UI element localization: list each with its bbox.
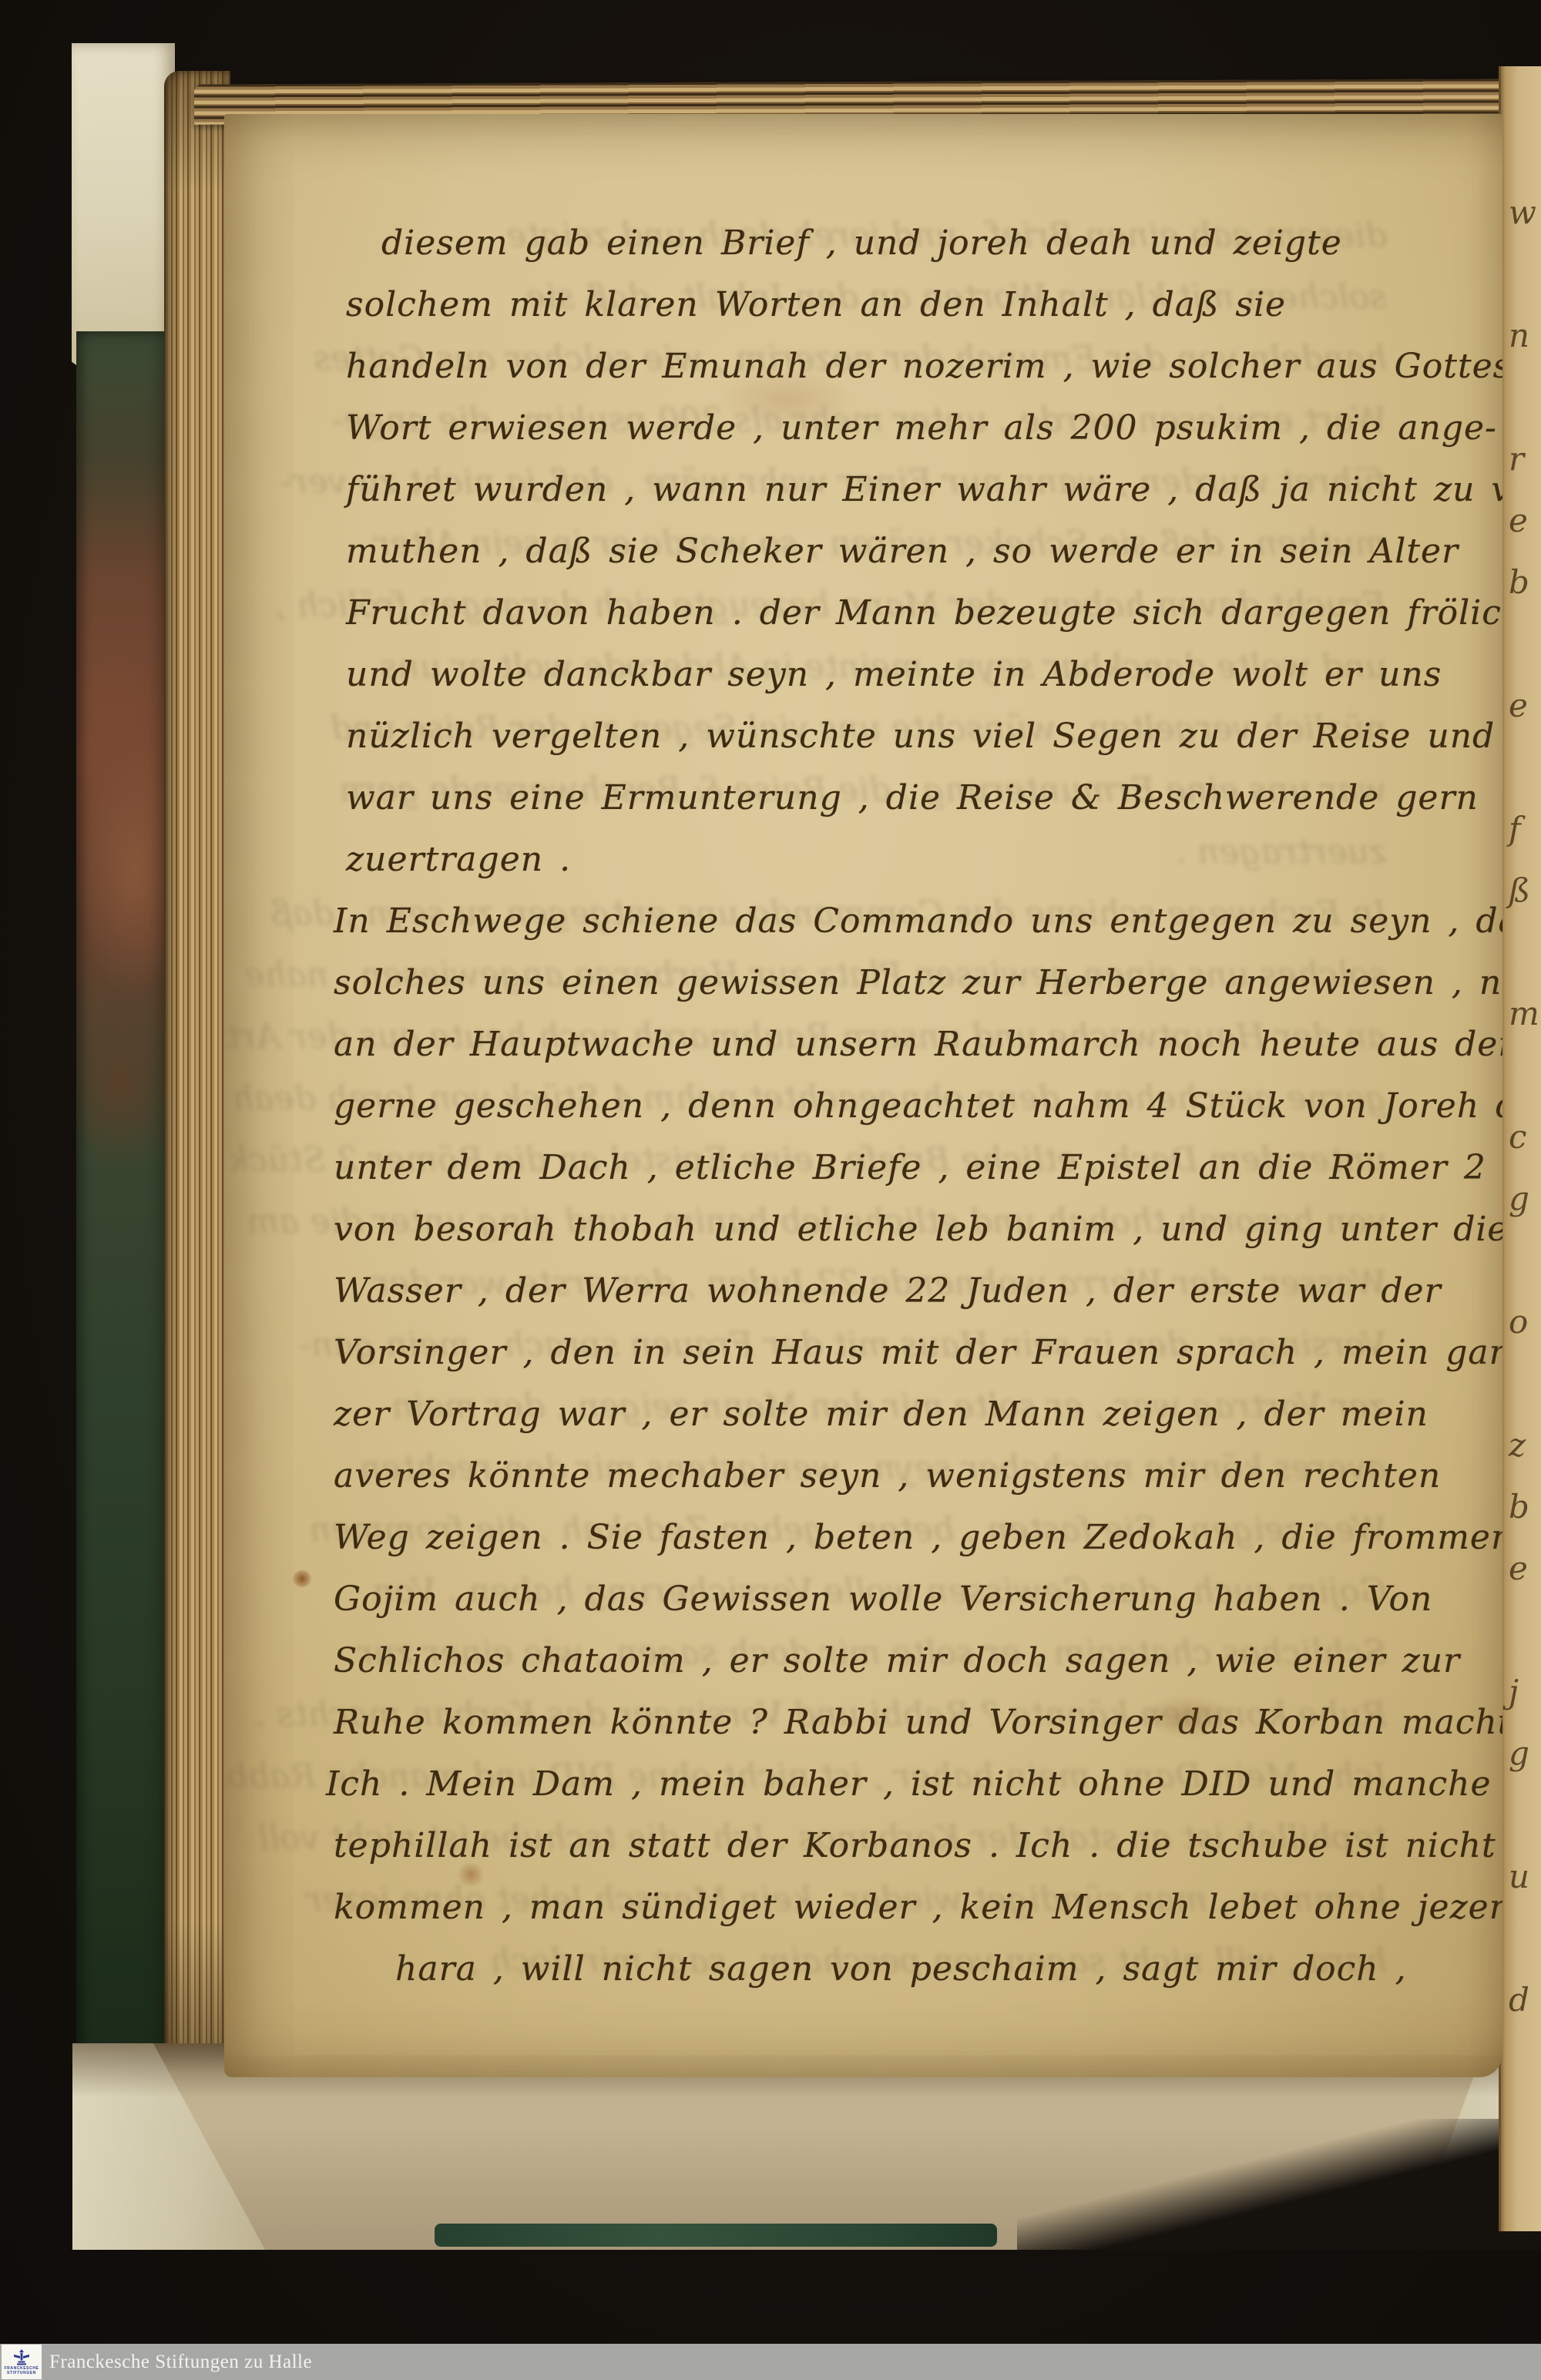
manuscript-line: zer Vortrag war , er solte mir den Mann … bbox=[334, 1384, 1465, 1445]
facing-page-fragment bbox=[1509, 737, 1541, 798]
manuscript-line: kommen , man sündiget wieder , kein Mens… bbox=[334, 1877, 1465, 1939]
manuscript-line: solchem mit klaren Worten an den Inhalt … bbox=[346, 274, 1465, 336]
manuscript-line: Wort erwiesen werde , unter mehr als 200… bbox=[346, 398, 1465, 459]
franckesche-stiftungen-logo: FRANCKESCHE STIFTUNGEN bbox=[2, 2345, 42, 2379]
facing-page-fragment: ß bbox=[1509, 860, 1541, 921]
manuscript-line: unter dem Dach , etliche Briefe , eine E… bbox=[334, 1137, 1465, 1199]
facing-page-fragment bbox=[1509, 921, 1541, 983]
manuscript-line: averes könnte mechaber seyn , wenigstens… bbox=[334, 1445, 1465, 1507]
manuscript-line: solches uns einen gewissen Platz zur Her… bbox=[334, 952, 1465, 1014]
manuscript-line: Vorsinger , den in sein Haus mit der Fra… bbox=[334, 1322, 1465, 1384]
facing-page-fragment: c bbox=[1509, 1106, 1541, 1168]
manuscript-line: Gojim auch , das Gewissen wolle Versiche… bbox=[334, 1569, 1465, 1630]
facing-page-fragment bbox=[1509, 243, 1541, 305]
facing-page-fragment bbox=[1509, 1908, 1541, 1969]
manuscript-line: Weg zeigen . Sie fasten , beten , geben … bbox=[334, 1507, 1465, 1569]
facing-page-fragment: w bbox=[1509, 182, 1541, 243]
manuscript-line: handeln von der Emunah der nozerim , wie… bbox=[346, 336, 1465, 398]
manuscript-text: diesem gab einen Brief , und joreh deah … bbox=[224, 114, 1502, 2077]
institution-name: Franckesche Stiftungen zu Halle bbox=[49, 2344, 312, 2380]
facing-page-fragment bbox=[1509, 613, 1541, 675]
book-cover-marbled-paper bbox=[76, 331, 173, 2127]
facing-page-fragment: b bbox=[1509, 1476, 1541, 1538]
logo-caption-line2: STIFTUNGEN bbox=[7, 2371, 36, 2375]
facing-page-sliver: w n reb e fß m cg o zbe jg u d bbox=[1499, 66, 1541, 2231]
manuscript-line: Ruhe kommen könnte ? Rabbi und Vorsinger… bbox=[334, 1692, 1465, 1754]
facing-page-fragment: d bbox=[1509, 1969, 1541, 2031]
facing-page-fragment: n bbox=[1509, 305, 1541, 367]
manuscript-line: Frucht davon haben . der Mann bezeugte s… bbox=[346, 582, 1465, 644]
manuscript-line: von besorah thobah und etliche leb banim… bbox=[334, 1199, 1465, 1260]
facing-page-text-fragments: w n reb e fß m cg o zbe jg u d bbox=[1501, 66, 1541, 2031]
watermark-bar: FRANCKESCHE STIFTUNGEN Franckesche Stift… bbox=[0, 2344, 1541, 2380]
manuscript-line: tephillah ist an statt der Korbanos . Ic… bbox=[334, 1815, 1465, 1877]
facing-page-fragment bbox=[1509, 1784, 1541, 1846]
facing-page-fragment bbox=[1509, 1353, 1541, 1415]
eagle-sun-logo-icon bbox=[14, 2349, 29, 2366]
facing-page-fragment: o bbox=[1509, 1291, 1541, 1353]
facing-page-fragment: e bbox=[1509, 1538, 1541, 1600]
facing-page-fragment: g bbox=[1509, 1168, 1541, 1230]
manuscript-line: war uns eine Ermunterung , die Reise & B… bbox=[346, 767, 1465, 829]
facing-page-fragment: e bbox=[1509, 490, 1541, 552]
manuscript-line: Ich . Mein Dam , mein baher , ist nicht … bbox=[326, 1754, 1465, 1815]
scanned-manuscript-photo: w n reb e fß m cg o zbe jg u d diesem ga… bbox=[0, 0, 1541, 2380]
manuscript-line: an der Hauptwache und unsern Raubmarch n… bbox=[334, 1014, 1465, 1076]
manuscript-line: hara , will nicht sagen von peschaim , s… bbox=[395, 1939, 1465, 2000]
page-stack-fore-edge bbox=[164, 71, 230, 2082]
manuscript-page: diesem gab einen Brief , und joreh deah … bbox=[224, 114, 1502, 2077]
manuscript-line: diesem gab einen Brief , und joreh deah … bbox=[381, 213, 1465, 274]
book-tail-marbled-glimpse bbox=[435, 2224, 997, 2247]
facing-page-fragment bbox=[1509, 1600, 1541, 1661]
book-tail-corner-shadow bbox=[1017, 2119, 1541, 2250]
manuscript-line: Wasser , der Werra wohnende 22 Juden , d… bbox=[334, 1260, 1465, 1322]
manuscript-line: nüzlich vergelten , wünschte uns viel Se… bbox=[346, 706, 1465, 767]
facing-page-fragment: m bbox=[1509, 983, 1541, 1045]
facing-page-fragment: u bbox=[1509, 1846, 1541, 1908]
manuscript-line: und wolte danckbar seyn , meinte in Abde… bbox=[346, 644, 1465, 706]
facing-page-fragment: b bbox=[1509, 552, 1541, 613]
manuscript-line: zuertragen . bbox=[346, 829, 1465, 891]
facing-page-fragment: e bbox=[1509, 675, 1541, 737]
facing-page-fragment: z bbox=[1509, 1415, 1541, 1476]
facing-page-fragment bbox=[1509, 367, 1541, 428]
facing-page-fragment: r bbox=[1509, 428, 1541, 490]
facing-page-fragment: g bbox=[1509, 1723, 1541, 1784]
manuscript-line: führet wurden , wann nur Einer wahr wäre… bbox=[346, 459, 1465, 521]
manuscript-line: muthen , daß sie Scheker wären , so werd… bbox=[346, 521, 1465, 582]
manuscript-line: Schlichos chataoim , er solte mir doch s… bbox=[334, 1630, 1465, 1692]
facing-page-fragment bbox=[1509, 1045, 1541, 1106]
facing-page-fragment: j bbox=[1509, 1661, 1541, 1723]
facing-page-fragment: f bbox=[1509, 798, 1541, 860]
facing-page-fragment bbox=[1509, 1230, 1541, 1291]
manuscript-line: In Eschwege schiene das Commando uns ent… bbox=[334, 891, 1465, 952]
manuscript-line: gerne geschehen , denn ohngeachtet nahm … bbox=[334, 1076, 1465, 1137]
